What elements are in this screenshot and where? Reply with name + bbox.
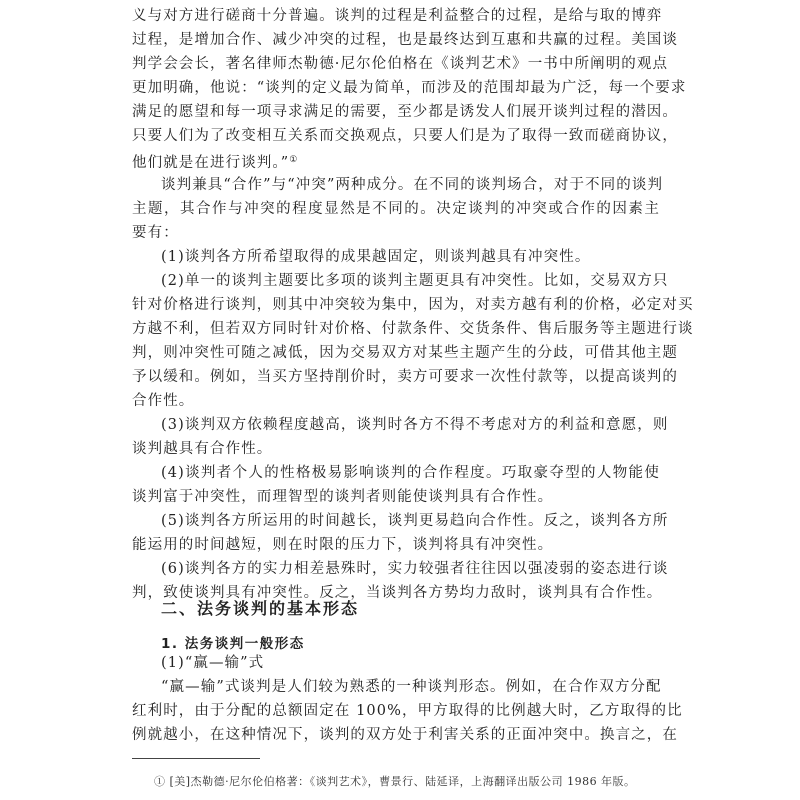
list-item-4: (4)谈判者个人的性格极易影响谈判的合作程度。巧取豪夺型的人物能使 xyxy=(132,461,660,485)
text-line: 针对价格进行谈判，则其中冲突较为集中，因为，对卖方越有利的价格，必定对买 xyxy=(132,293,660,317)
text-span: 他们就是在进行谈判。” xyxy=(132,155,289,171)
list-item-3: (3)谈判双方依赖程度越高，谈判时各方不得不考虑对方的利益和意愿，则 xyxy=(132,413,660,437)
text-line: 主题，其合作与冲突的程度显然是不同的。决定谈判的冲突或合作的因素主 xyxy=(132,197,660,221)
list-item-6: (6)谈判各方的实力相差悬殊时，实力较强者往往因以强凌弱的姿态进行谈 xyxy=(132,557,660,581)
subsection-heading: 1. 法务谈判一般形态 xyxy=(161,632,305,652)
text-line: 判，则冲突性可随之减低，因为交易双方对某些主题产生的分歧，可借其他主题 xyxy=(132,341,660,365)
text-line: 只要人们为了改变相互关系而交换观点，只要人们是为了取得一致而磋商协议， xyxy=(132,124,660,148)
text-line: 谈判越具有合作性。 xyxy=(132,437,660,461)
text-line: 红利时，由于分配的总额固定在 100%，甲方取得的比例越大时，乙方取得的比 xyxy=(132,699,660,723)
text-line: 更加明确，他说：“谈判的定义最为简单，而涉及的范围却最为广泛，每一个要求 xyxy=(132,76,660,100)
text-line: “赢—输”式谈判是人们较为熟悉的一种谈判形态。例如，在合作双方分配 xyxy=(132,675,660,699)
text-line: 能运用的时间越短，则在时限的压力下，谈判将具有冲突性。 xyxy=(132,533,660,557)
section-heading: 二、法务谈判的基本形态 xyxy=(161,596,359,619)
text-line: 谈判兼具“合作”与“冲突”两种成分。在不同的谈判场合，对于不同的谈判 xyxy=(132,173,660,197)
text-line: 予以缓和。例如，当买方坚持削价时，卖方可要求一次性付款等，以提高谈判的 xyxy=(132,365,660,389)
text-line: 义与对方进行磋商十分普遍。谈判的过程是利益整合的过程，是给与取的博弈 xyxy=(132,4,660,28)
footnote: ① [美]杰勒德·尼尔伦伯格著：《谈判艺术》，曹景行、陆延译，上海翻译出版公司 … xyxy=(154,773,636,789)
text-line: 例就越小，在这种情况下，谈判的双方处于利害关系的正面冲突中。换言之，在 xyxy=(132,723,660,747)
sub-item-title: (1)“赢—输”式 xyxy=(132,651,660,675)
text-line: 谈判富于冲突性，而理智型的谈判者则能使谈判具有合作性。 xyxy=(132,485,660,509)
footnote-divider xyxy=(132,758,260,759)
list-item-1: (1)谈判各方所希望取得的成果越固定，则谈判越具有冲突性。 xyxy=(132,245,660,269)
footnote-ref[interactable]: ① xyxy=(289,155,297,165)
list-item-2: (2)单一的谈判主题要比多项的谈判主题更具有冲突性。比如，交易双方只 xyxy=(132,269,660,293)
text-line: 他们就是在进行谈判。”① xyxy=(132,148,660,172)
text-line: 合作性。 xyxy=(132,389,660,413)
text-line: 要有： xyxy=(132,221,660,245)
text-line: 满足的愿望和每一项寻求满足的需要，至少都是诱发人们展开谈判过程的潜因。 xyxy=(132,100,660,124)
text-line: 判学会会长，著名律师杰勒德·尼尔伦伯格在《谈判艺术》一书中所阐明的观点 xyxy=(132,52,660,76)
text-line: 方越不利，但若双方同时针对价格、付款条件、交货条件、售后服务等主题进行谈 xyxy=(132,317,660,341)
list-item-5: (5)谈判各方所运用的时间越长，谈判更易趋向合作性。反之，谈判各方所 xyxy=(132,509,660,533)
text-line: 过程，是增加合作、减少冲突的过程，也是最终达到互惠和共赢的过程。美国谈 xyxy=(132,28,660,52)
